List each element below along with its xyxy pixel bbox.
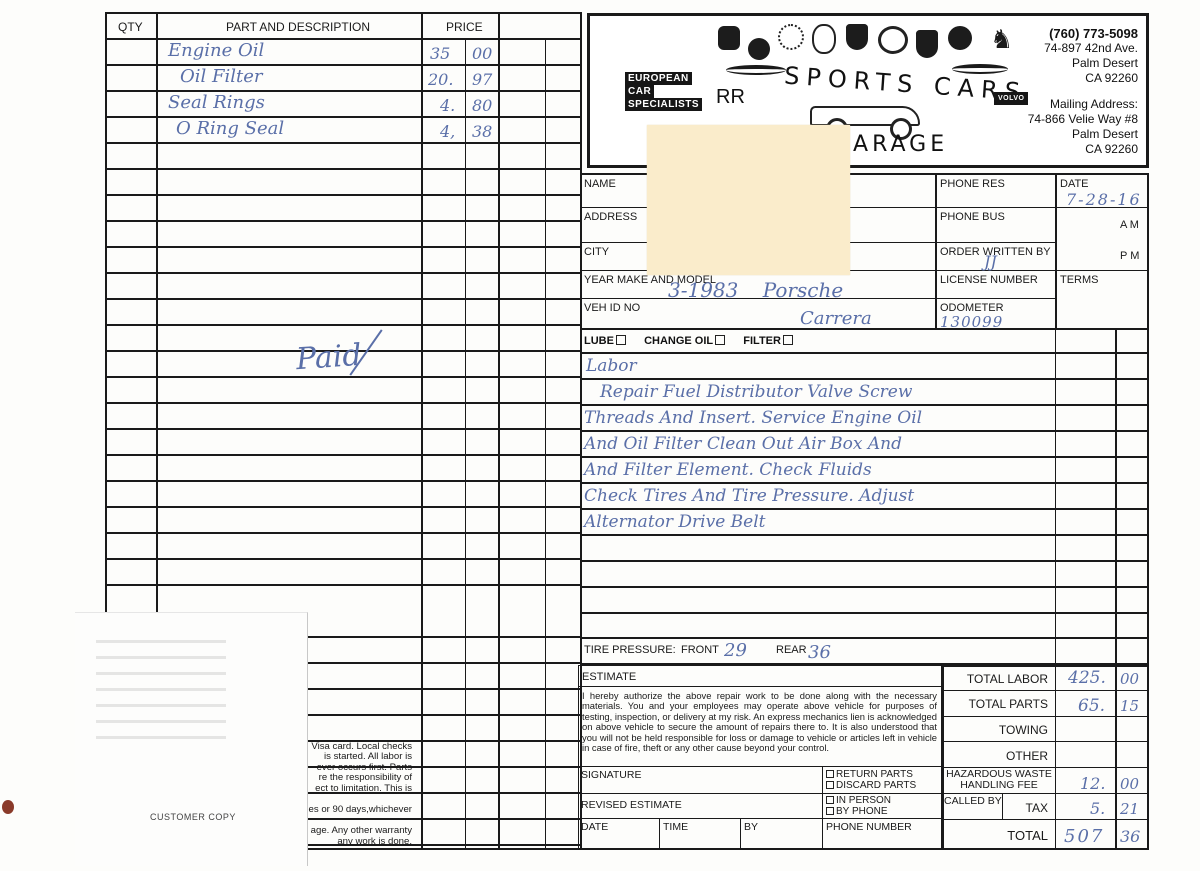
mailing-line-3: CA 92260: [1028, 142, 1138, 157]
maserati-logo-icon: [812, 24, 836, 54]
authorization-text: I hereby authorize the above repair work…: [582, 691, 937, 753]
parts-row-line: [105, 220, 582, 222]
parts-row-line: [308, 662, 582, 664]
parts-row-line: [105, 558, 582, 560]
estimate-label: ESTIMATE: [582, 671, 636, 683]
labor-row-line: [580, 612, 1149, 614]
parts-row-line: [105, 298, 582, 300]
labor-row-line: [580, 560, 1149, 562]
sticky-note: [647, 125, 850, 275]
am-label: A M: [1120, 219, 1139, 231]
parts-row-line: [105, 376, 582, 378]
part-description-header: PART AND DESCRIPTION: [226, 20, 370, 34]
labor-row-line: [580, 534, 1149, 536]
total-labor-cents: 00: [1120, 670, 1139, 688]
change-oil-checkbox[interactable]: [715, 335, 725, 345]
part-row-1-description: Engine Oil: [168, 40, 264, 61]
signature-field[interactable]: [660, 770, 815, 788]
phone-number-label: PHONE NUMBER: [826, 821, 912, 833]
labor-line-1: Labor: [586, 356, 637, 376]
total-cents: 36: [1120, 827, 1140, 846]
address-label: ADDRESS: [584, 211, 637, 223]
parts-row-line: [105, 532, 582, 534]
labor-line-4: And Oil Filter Clean Out Air Box And: [584, 434, 902, 454]
parts-row-line: [105, 428, 582, 430]
signature-label: SIGNATURE: [581, 769, 641, 781]
mg-logo-icon: [718, 26, 740, 50]
city-label: CITY: [584, 246, 609, 258]
part-row-2-cents: 97: [472, 70, 492, 89]
rolls-royce-mark: RR: [716, 86, 745, 109]
hazard-fee-cents: 00: [1120, 775, 1139, 793]
vin-value: Carrera: [800, 308, 872, 329]
parts-row-line: [308, 688, 582, 690]
part-row-4-cents: 38: [472, 122, 492, 141]
hazard-fee-dollars: 12.: [1080, 774, 1105, 793]
other-label: OTHER: [1006, 749, 1048, 763]
parts-row-line: [105, 584, 582, 586]
part-row-4-dollars: 4,: [440, 122, 455, 141]
odometer-value: 130099: [940, 313, 1003, 331]
phone-bus-label: PHONE BUS: [940, 211, 1005, 223]
total-labor-dollars: 425.: [1068, 668, 1106, 688]
by-phone-option[interactable]: BY PHONE: [826, 806, 888, 817]
parts-row-line: [105, 64, 582, 66]
tagline-car: CAR: [625, 85, 654, 98]
revised-estimate-label: REVISED ESTIMATE: [581, 799, 682, 811]
parts-row-line: [105, 454, 582, 456]
license-label: LICENSE NUMBER: [940, 274, 1038, 286]
date-value: 7-28-16: [1066, 190, 1142, 209]
aston-wings-icon: [726, 65, 786, 75]
return-parts-option[interactable]: RETURN PARTS: [826, 769, 913, 780]
lube-checkbox[interactable]: [616, 335, 626, 345]
shop-address-line-2: Palm Desert: [1028, 56, 1138, 71]
part-row-1-cents: 00: [472, 44, 492, 63]
total-label: TOTAL: [1007, 828, 1048, 843]
estimate-time-label: TIME: [663, 821, 688, 833]
labor-row-line: [580, 404, 1149, 406]
labor-row-line: [580, 430, 1149, 432]
part-row-4-description: O Ring Seal: [176, 118, 284, 139]
labor-line-7: Alternator Drive Belt: [584, 512, 766, 532]
mailing-line-1: 74-866 Velie Way #8: [1028, 112, 1138, 127]
filter-label: FILTER: [743, 335, 781, 347]
labor-line-6: Check Tires And Tire Pressure. Adjust: [584, 486, 914, 506]
labor-row-line: [580, 637, 1149, 639]
mailing-label: Mailing Address:: [1028, 97, 1138, 112]
porsche-crest-icon: [846, 24, 868, 50]
tax-cents: 21: [1120, 800, 1139, 818]
tagline-specialists: SPECIALISTS: [625, 98, 702, 111]
shop-phone: (760) 773-5098: [1028, 26, 1138, 41]
hazard-fee-label: HAZARDOUS WASTE HANDLING FEE: [944, 769, 1054, 791]
towing-label: TOWING: [999, 723, 1048, 737]
estimate-by-label: BY: [744, 821, 758, 833]
labor-row-line: [580, 352, 1149, 354]
labor-row-line: [580, 508, 1149, 510]
order-written-value: JJ: [984, 252, 997, 271]
parts-row-line: [105, 324, 582, 326]
parts-row-line: [105, 506, 582, 508]
parts-row-line: [105, 142, 582, 144]
ferrari-horse-icon: ♞: [990, 24, 1013, 55]
parts-row-line: [308, 714, 582, 716]
shop-contact: (760) 773-5098 74-897 42nd Ave. Palm Des…: [1028, 26, 1138, 157]
volvo-logo: VOLVO: [994, 92, 1028, 105]
labor-line-5: And Filter Element. Check Fluids: [584, 460, 872, 480]
tire-rear-value: 36: [808, 642, 831, 663]
tax-dollars: 5.: [1090, 799, 1105, 818]
total-labor-label: TOTAL LABOR: [967, 672, 1048, 686]
total-parts-dollars: 65.: [1078, 696, 1105, 716]
lotus-logo-icon: [878, 26, 908, 54]
terms-label: TERMS: [1060, 274, 1099, 286]
part-row-1-dollars: 35: [430, 44, 450, 63]
parts-row-line: [105, 246, 582, 248]
filter-checkbox[interactable]: [783, 335, 793, 345]
parts-row-line: [105, 194, 582, 196]
vehicle-value: 3-1983 Porsche: [668, 278, 843, 302]
shop-address-line-3: CA 92260: [1028, 71, 1138, 86]
labor-row-line: [580, 456, 1149, 458]
labor-row-line: [580, 482, 1149, 484]
tax-label: TAX: [1026, 801, 1048, 815]
in-person-option[interactable]: IN PERSON: [826, 795, 891, 806]
price-header: PRICE: [446, 20, 483, 34]
tagline-european: EUROPEAN: [625, 72, 692, 85]
slip-footer: CUSTOMER COPY: [150, 812, 236, 822]
vin-label: VEH ID NO: [584, 302, 640, 314]
alfa-logo-icon: [916, 30, 938, 58]
tire-front-value: 29: [724, 640, 747, 661]
labor-row-line: [580, 586, 1149, 588]
called-by-label: CALLED BY: [944, 795, 1002, 807]
bmw-logo-icon: [748, 38, 770, 60]
tire-rear-label: REAR: [776, 644, 807, 656]
jaguar-logo-icon: [948, 26, 972, 50]
phone-res-label: PHONE RES: [940, 178, 1005, 190]
qty-header: QTY: [118, 20, 143, 34]
shop-address-line-1: 74-897 42nd Ave.: [1028, 41, 1138, 56]
total-dollars: 507: [1064, 826, 1104, 847]
date-label: DATE: [1060, 178, 1089, 190]
total-parts-cents: 15: [1120, 697, 1139, 715]
name-label: NAME: [584, 178, 616, 190]
part-row-2-description: Oil Filter: [180, 66, 263, 87]
part-row-3-cents: 80: [472, 96, 492, 115]
labor-line-2: Repair Fuel Distributor Valve Screw: [600, 382, 912, 402]
part-row-2-dollars: 20.: [428, 70, 453, 89]
part-row-3-dollars: 4.: [440, 96, 455, 115]
parts-row-line: [308, 636, 582, 638]
pm-label: P M: [1120, 250, 1139, 262]
parts-row-line: [105, 272, 582, 274]
ink-stain: [2, 800, 14, 814]
bentley-wings-icon: [952, 64, 1008, 74]
part-row-3-description: Seal Rings: [168, 92, 265, 113]
parts-row-line: [105, 480, 582, 482]
tire-pressure-label: TIRE PRESSURE:: [584, 644, 676, 656]
slip-faded-lines: [96, 640, 226, 740]
labor-row-line: [580, 378, 1149, 380]
triumph-logo-icon: [778, 24, 804, 50]
parts-row-line: [105, 402, 582, 404]
terms-fragment: Visa card. Local checks is started. All …: [302, 742, 412, 847]
tire-front-label: FRONT: [681, 644, 719, 656]
mailing-line-2: Palm Desert: [1028, 127, 1138, 142]
change-oil-label: CHANGE OIL: [644, 335, 713, 347]
discard-parts-option[interactable]: DISCARD PARTS: [826, 780, 916, 791]
labor-line-3: Threads And Insert. Service Engine Oil: [584, 408, 922, 428]
total-parts-label: TOTAL PARTS: [969, 697, 1048, 711]
parts-row-line: [105, 168, 582, 170]
lube-label: LUBE: [584, 335, 614, 347]
estimate-date-label: DATE: [581, 821, 608, 833]
service-checks: LUBE CHANGE OIL FILTER: [584, 335, 793, 347]
